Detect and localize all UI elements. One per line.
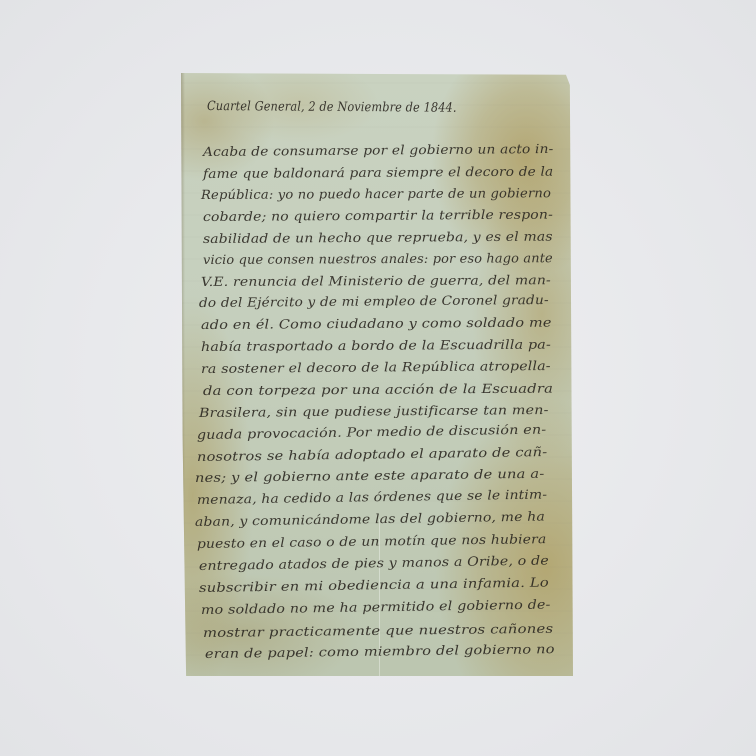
letter-sheet: Cuartel General, 2 de Noviembre de 1844.… [181,73,573,676]
letter-line: subscribir en mi obediencia a una infami… [199,575,549,595]
letter-line: fame que baldonará para siempre el decor… [203,164,553,181]
letter-line: mo soldado no me ha permitido el gobiern… [201,597,551,617]
letter-line: eran de papel: como miembro del gobierno… [205,641,555,661]
letter-line: aban, y comunicándome las del gobierno, … [195,509,545,529]
letter-line: entregado atados de pies y manos a Oribe… [199,553,549,573]
letter-heading: Cuartel General, 2 de Noviembre de 1844. [207,99,457,116]
letter-line: sabilidad de un hecho que reprueba, y es… [203,229,553,246]
letter-line: había trasportado a bordo de la Escuadri… [201,337,551,354]
letter-line: Brasilera, sin que pudiese justificarse … [199,402,549,420]
letter-line: mostrar practicamente que nuestros cañon… [203,621,554,640]
letter-line: menaza, ha cedido a las órdenes que se l… [197,486,548,507]
letter-line: República: yo no puedo hacer parte de un… [201,185,551,202]
letter-line: do del Ejército y de mi empleo de Corone… [199,292,549,310]
letter-line: vicio que consen nuestros anales: por es… [203,250,553,267]
letter-line: Acaba de consumarse por el gobierno un a… [203,141,554,159]
letter-body: Cuartel General, 2 de Noviembre de 1844.… [181,73,573,676]
letter-line: ado en él. Como ciudadano y como soldado… [201,315,552,332]
letter-line: V.E. renuncia del Ministerio de guerra, … [201,272,551,289]
letter-line: da con torpeza por una acción de la Escu… [203,381,553,398]
letter-line: guada provocación. Por medio de discusió… [197,422,547,442]
letter-line: nes; y el gobierno ante este aparato de … [195,466,545,485]
letter-line: cobarde; no quiero compartir la terrible… [203,207,553,224]
letter-line: ra sostener el decoro de la República at… [201,358,551,376]
letter-line: nosotros se había adoptado el aparato de… [197,444,548,464]
letter-line: puesto en el caso o de un motín que nos … [197,531,547,551]
